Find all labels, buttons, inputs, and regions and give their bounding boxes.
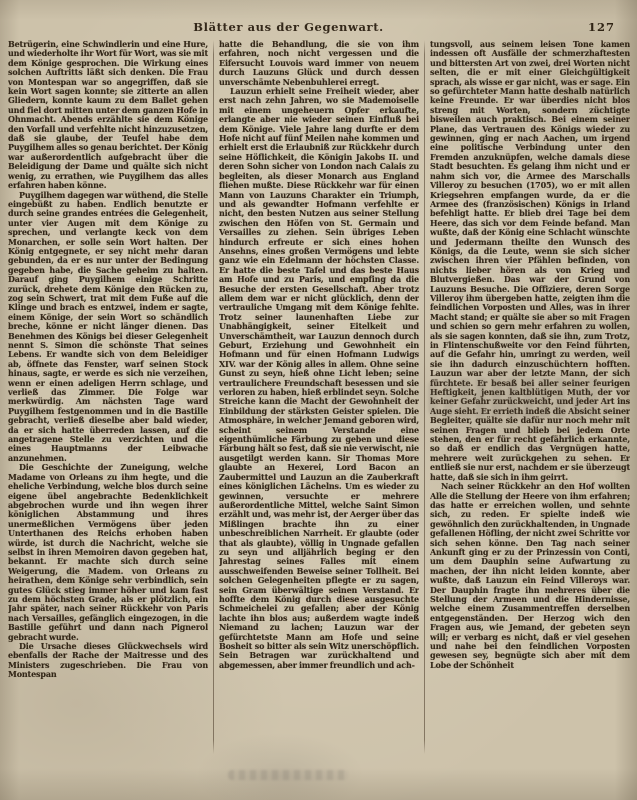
paragraph: tungsvoll, aus seinem leisen Tone kamen …	[430, 40, 630, 482]
paragraph: Puygilhem dagegen war wüthend, die Stell…	[8, 191, 208, 464]
column-gutter-2	[419, 40, 430, 754]
column-rule	[213, 40, 214, 754]
paragraph: Lauzun erhielt seine Freiheit wieder, ab…	[219, 87, 419, 670]
text-column-3: tungsvoll, aus seinem leisen Tone kamen …	[430, 40, 630, 754]
pencil-marks	[228, 770, 348, 780]
text-column-1: Betrügerin, eine Schwindlerin und eine H…	[8, 40, 208, 754]
paragraph: Die Ursache dieses Glückwechsels wird eb…	[8, 642, 208, 680]
column-gutter-1	[208, 40, 219, 754]
text-columns: Betrügerin, eine Schwindlerin und eine H…	[8, 40, 630, 754]
text-column-2: hatte die Behandlung, die sie von ihm er…	[219, 40, 419, 754]
paragraph: hatte die Behandlung, die sie von ihm er…	[219, 40, 419, 87]
page-number: 127	[588, 20, 615, 34]
column-rule	[424, 40, 425, 754]
running-head: Blätter aus der Gegenwart. 127	[0, 20, 637, 36]
page-title: Blätter aus der Gegenwart.	[0, 20, 577, 34]
paragraph: Nach seiner Rückkehr an den Hof wollten …	[430, 482, 630, 670]
paragraph: Die Geschichte der Zuneigung, welche Mad…	[8, 463, 208, 642]
paragraph: Betrügerin, eine Schwindlerin und eine H…	[8, 40, 208, 191]
book-page: Blätter aus der Gegenwart. 127 Betrügeri…	[0, 0, 637, 800]
